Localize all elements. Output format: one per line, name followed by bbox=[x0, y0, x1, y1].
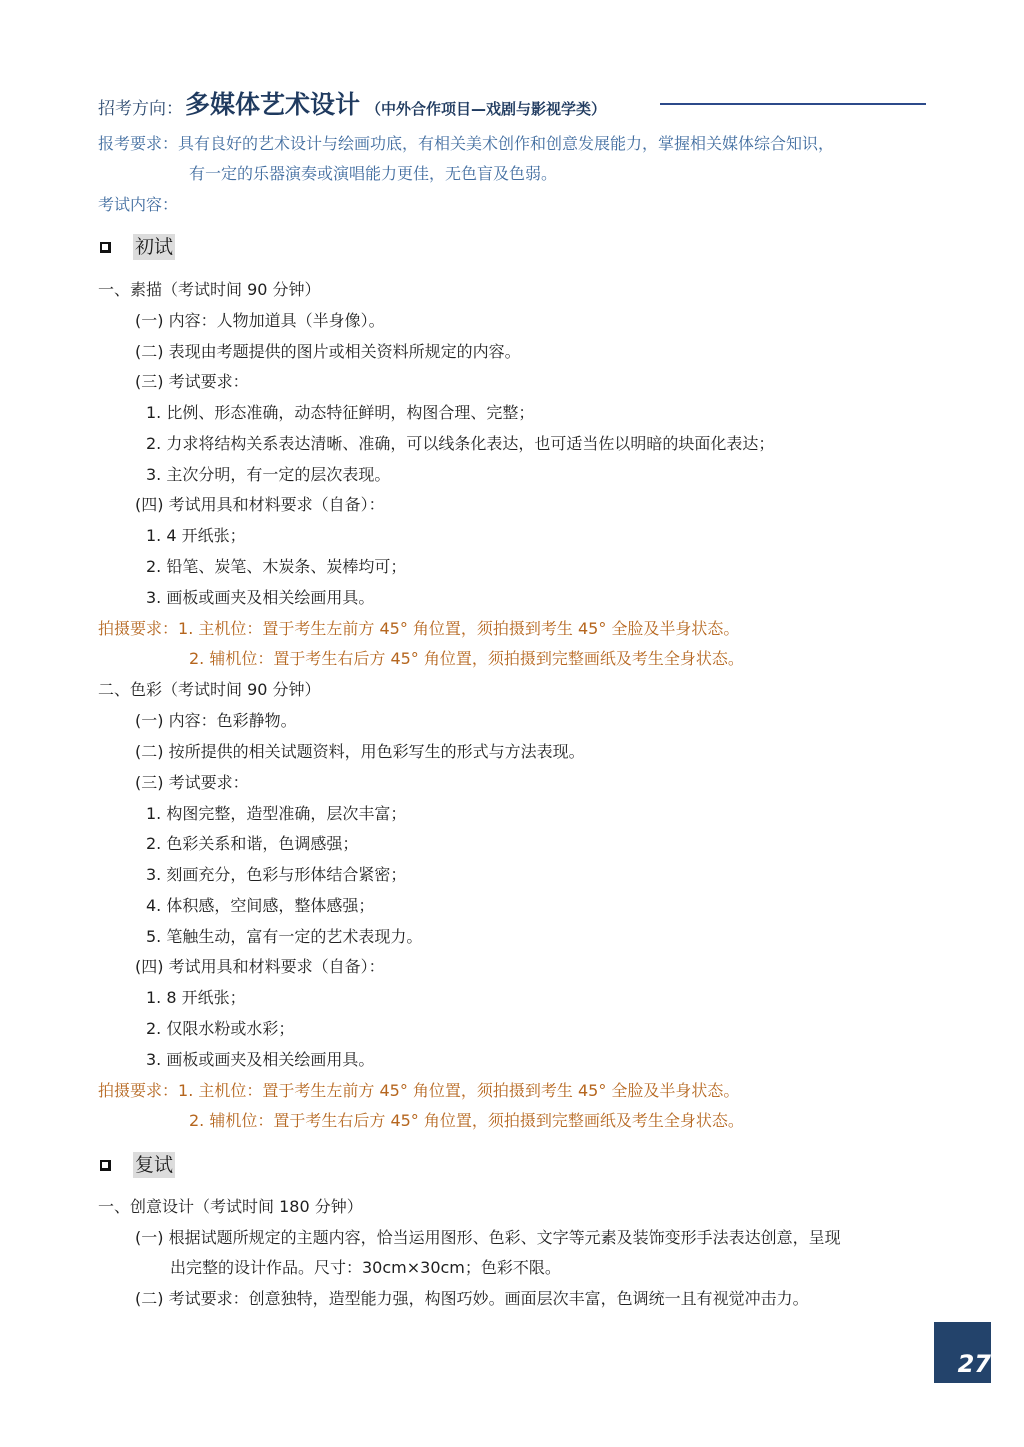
color-subitem: 1. 8 开纸张； bbox=[146, 988, 246, 1008]
sketch-subitem: 1. 4 开纸张； bbox=[146, 526, 246, 546]
program-title-row: 招考方向： 多媒体艺术设计 （中外合作项目—戏剧与影视学类） bbox=[98, 88, 606, 120]
filming-text-1: 1. 主机位：置于考生左前方 45° 角位置，须拍摄到考生 45° 全脸及半身状… bbox=[178, 619, 739, 638]
color-item: (二) 按所提供的相关试题资料，用色彩写生的形式与方法表现。 bbox=[135, 742, 585, 762]
checkbox-square-icon bbox=[100, 242, 111, 253]
sketch-filming-line-1: 拍摄要求：1. 主机位：置于考生左前方 45° 角位置，须拍摄到考生 45° 全… bbox=[98, 619, 739, 639]
color-subitem: 3. 画板或画夹及相关绘画用具。 bbox=[146, 1050, 374, 1070]
color-subitem: 3. 刻画充分，色彩与形体结合紧密； bbox=[146, 865, 406, 885]
requirements-text-1: 具有良好的艺术设计与绘画功底，有相关美术创作和创意发展能力，掌握相关媒体综合知识… bbox=[178, 134, 834, 153]
checkbox-square-icon bbox=[100, 1160, 111, 1171]
color-item: (一) 内容：色彩静物。 bbox=[135, 711, 297, 731]
design-item-1-line-1: (一) 根据试题所规定的主题内容，恰当运用图形、色彩、文字等元素及装饰变形手法表… bbox=[135, 1228, 841, 1248]
direction-label: 招考方向： bbox=[98, 98, 183, 120]
sketch-subitem: 2. 铅笔、炭笔、木炭条、炭棒均可； bbox=[146, 557, 406, 577]
section-label-preliminary: 初试 bbox=[133, 234, 175, 260]
design-item-2: (二) 考试要求：创意独特，造型能力强，构图巧妙。画面层次丰富，色调统一且有视觉… bbox=[135, 1289, 809, 1309]
sketch-heading: 一、素描（考试时间 90 分钟） bbox=[98, 280, 321, 300]
requirements-label: 报考要求： bbox=[98, 134, 178, 153]
design-item-1-line-2: 出完整的设计作品。尺寸：30cm×30cm；色彩不限。 bbox=[170, 1258, 561, 1278]
requirements-line-2: 有一定的乐器演奏或演唱能力更佳，无色盲及色弱。 bbox=[189, 164, 557, 184]
color-subitem: 1. 构图完整，造型准确，层次丰富； bbox=[146, 804, 406, 824]
sketch-subitem: 3. 画板或画夹及相关绘画用具。 bbox=[146, 588, 374, 608]
color-heading: 二、色彩（考试时间 90 分钟） bbox=[98, 680, 321, 700]
color-subitem: 5. 笔触生动，富有一定的艺术表现力。 bbox=[146, 927, 422, 947]
design-heading: 一、创意设计（考试时间 180 分钟） bbox=[98, 1197, 363, 1217]
sketch-subitem: 1. 比例、形态准确，动态特征鲜明，构图合理、完整； bbox=[146, 403, 534, 423]
sketch-filming-line-2: 2. 辅机位：置于考生右后方 45° 角位置，须拍摄到完整画纸及考生全身状态。 bbox=[189, 649, 744, 669]
color-item: (四) 考试用具和材料要求（自备）： bbox=[135, 957, 385, 977]
exam-content-label: 考试内容： bbox=[98, 195, 178, 215]
title-divider bbox=[660, 103, 926, 105]
color-subitem: 2. 仅限水粉或水彩； bbox=[146, 1019, 294, 1039]
section-preliminary: 初试 bbox=[100, 234, 175, 260]
filming-label: 拍摄要求： bbox=[98, 1081, 178, 1100]
sketch-item: (四) 考试用具和材料要求（自备）： bbox=[135, 495, 385, 515]
section-final: 复试 bbox=[100, 1152, 175, 1178]
color-subitem: 4. 体积感，空间感，整体感强； bbox=[146, 896, 374, 916]
filming-text-1: 1. 主机位：置于考生左前方 45° 角位置，须拍摄到考生 45° 全脸及半身状… bbox=[178, 1081, 739, 1100]
section-label-final: 复试 bbox=[133, 1152, 175, 1178]
page-number-badge: 27 bbox=[934, 1322, 991, 1383]
sketch-subitem: 3. 主次分明，有一定的层次表现。 bbox=[146, 465, 390, 485]
sketch-item: (一) 内容：人物加道具（半身像）。 bbox=[135, 311, 385, 331]
color-subitem: 2. 色彩关系和谐，色调感强； bbox=[146, 834, 358, 854]
page-number: 27 bbox=[958, 1351, 991, 1377]
program-subtitle: （中外合作项目—戏剧与影视学类） bbox=[366, 98, 606, 120]
filming-label: 拍摄要求： bbox=[98, 619, 178, 638]
sketch-item: (二) 表现由考题提供的图片或相关资料所规定的内容。 bbox=[135, 342, 521, 362]
color-filming-line-2: 2. 辅机位：置于考生右后方 45° 角位置，须拍摄到完整画纸及考生全身状态。 bbox=[189, 1111, 744, 1131]
program-title: 多媒体艺术设计 bbox=[185, 90, 360, 120]
requirements-line-1: 报考要求：具有良好的艺术设计与绘画功底，有相关美术创作和创意发展能力，掌握相关媒… bbox=[98, 134, 834, 154]
sketch-item: (三) 考试要求： bbox=[135, 372, 249, 392]
sketch-subitem: 2. 力求将结构关系表达清晰、准确，可以线条化表达，也可适当佐以明暗的块面化表达… bbox=[146, 434, 774, 454]
document-page: 招考方向： 多媒体艺术设计 （中外合作项目—戏剧与影视学类） 报考要求：具有良好… bbox=[0, 0, 1024, 1447]
color-filming-line-1: 拍摄要求：1. 主机位：置于考生左前方 45° 角位置，须拍摄到考生 45° 全… bbox=[98, 1081, 739, 1101]
color-item: (三) 考试要求： bbox=[135, 773, 249, 793]
